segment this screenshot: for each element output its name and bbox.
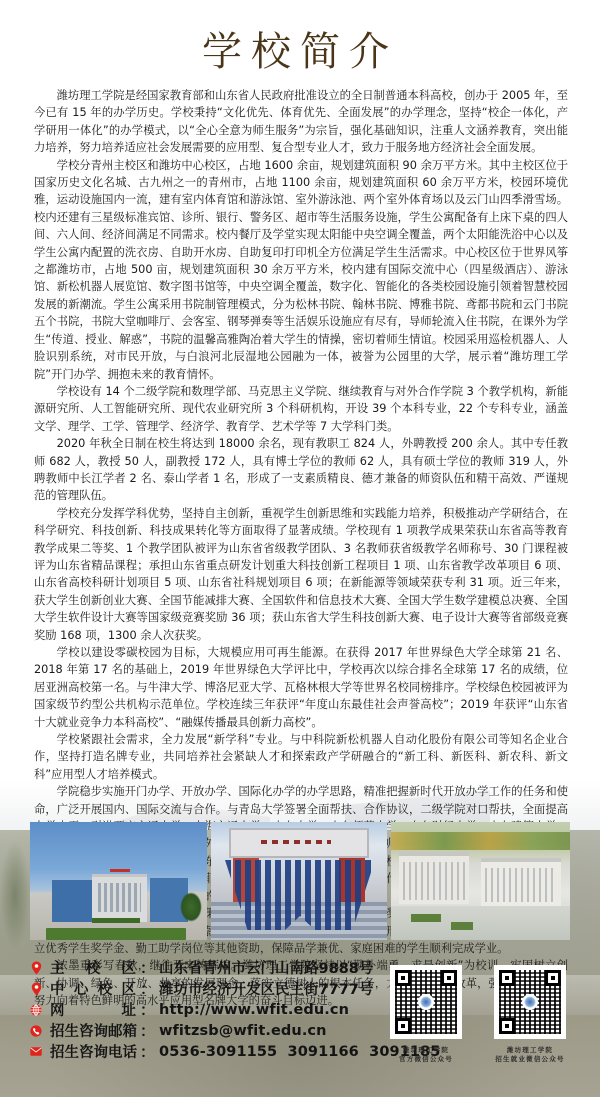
dorm-building-a bbox=[399, 852, 469, 904]
label-text: 招生咨询邮箱 bbox=[50, 1020, 137, 1041]
contact-label: 招生咨询邮箱 bbox=[50, 1020, 136, 1041]
qr-caption-line2: 官方微信公众号 bbox=[386, 1055, 466, 1064]
paragraph-overview: 潍坊理工学院是经国家教育部和山东省人民政府批准设立的全日制普通本科高校，创办于 … bbox=[34, 87, 568, 157]
paragraph-green-campus: 学校以建设零碳校园为目标，大规模应用可再生能源。在获得 2017 年世界绿色大学… bbox=[34, 644, 568, 731]
label-char: 心 bbox=[74, 978, 89, 999]
qr-finder bbox=[441, 970, 457, 986]
globe-icon bbox=[30, 1003, 42, 1017]
colon: ： bbox=[140, 999, 155, 1020]
photo-students-at-gate bbox=[211, 822, 387, 940]
contact-label: 招生咨询电话 bbox=[50, 1041, 136, 1062]
building-sign bbox=[110, 869, 130, 872]
qr-finder bbox=[545, 970, 561, 986]
label-char: 校 bbox=[86, 957, 101, 978]
background-tree bbox=[0, 840, 30, 950]
dorm-building-b bbox=[481, 858, 561, 906]
hedge bbox=[46, 928, 186, 940]
paragraph-staff: 2020 年秋全日制在校生将达到 18000 余名，现有教职工 824 人，外聘… bbox=[34, 435, 568, 505]
school-intro-page: 学校简介 潍坊理工学院是经国家教育部和山东省人民政府批准设立的全日制普通本科高校… bbox=[0, 0, 600, 1097]
plaza bbox=[391, 906, 570, 940]
label-char: 中 bbox=[50, 978, 65, 999]
gate-inscription bbox=[261, 840, 331, 844]
colon: ： bbox=[140, 978, 155, 999]
label-char: 区 bbox=[121, 978, 136, 999]
lawn-a bbox=[411, 914, 441, 922]
qr-admissions-wechat: 潍坊理工学院 招生就业微信公众号 bbox=[490, 965, 570, 1064]
location-pin-icon bbox=[30, 961, 42, 975]
paragraph-research: 学校充分发挥学科优势，坚持自主创新，重视学生创新思维和实践能力培养，积极推动产学… bbox=[34, 505, 568, 644]
colon: ： bbox=[140, 1020, 155, 1041]
label-char: 区 bbox=[122, 957, 137, 978]
photo-campus-aerial-view bbox=[391, 822, 570, 940]
qr-pattern bbox=[499, 970, 561, 1034]
paragraph-new-disciplines: 学校紧跟社会需求，全力发展“新学科”专业。与中科院新松机器人自动化股份有限公司等… bbox=[34, 731, 568, 783]
photo-campus-main-building bbox=[30, 822, 207, 940]
contact-label: 中 心 校 区 bbox=[50, 978, 136, 999]
school-logo-icon bbox=[418, 994, 434, 1010]
qr-caption-line1: 潍坊理工学院 bbox=[386, 1046, 466, 1055]
contact-row-phone: 招生咨询电话 ： 0536-3091155 3091166 3091185 bbox=[30, 1041, 380, 1062]
phone-icon bbox=[30, 1024, 42, 1038]
contact-row-main-campus: 主 校 区 ： 山东省青州市云门山南路9888号 bbox=[30, 957, 380, 978]
qr-code[interactable] bbox=[494, 965, 566, 1039]
lawn-b bbox=[451, 922, 473, 930]
school-logo-icon bbox=[522, 994, 538, 1010]
label-text: 招生咨询电话 bbox=[50, 1041, 137, 1062]
qr-caption-line1: 潍坊理工学院 bbox=[490, 1046, 570, 1055]
label-char: 校 bbox=[98, 978, 113, 999]
colon: ： bbox=[140, 957, 155, 978]
contact-label: 网 址 bbox=[50, 999, 136, 1020]
location-pin-icon bbox=[30, 982, 42, 996]
qr-finder bbox=[499, 970, 515, 986]
photo-strip bbox=[30, 822, 570, 940]
contact-label: 主 校 区 bbox=[50, 957, 136, 978]
hedge-small bbox=[92, 918, 140, 923]
qr-pattern bbox=[395, 970, 457, 1034]
center-campus-address: 潍坊市经济开发区民主街7777号 bbox=[159, 978, 373, 999]
label-char: 主 bbox=[50, 957, 65, 978]
colon: ： bbox=[140, 1041, 155, 1062]
contact-row-center-campus: 中 心 校 区 ： 潍坊市经济开发区民主街7777号 bbox=[30, 978, 380, 999]
contact-info: 主 校 区 ： 山东省青州市云门山南路9888号 中 心 校 区 ： 潍坊市经济… bbox=[30, 957, 380, 1062]
qr-finder bbox=[395, 970, 411, 986]
building-main bbox=[92, 874, 147, 922]
website-link[interactable]: http://www.wfit.edu.cn bbox=[159, 1002, 349, 1018]
main-campus-address: 山东省青州市云门山南路9888号 bbox=[159, 957, 373, 978]
admissions-email-link[interactable]: wfitzsb@wfit.edu.cn bbox=[159, 1023, 327, 1039]
trees-row bbox=[391, 832, 570, 850]
building-left bbox=[52, 880, 94, 922]
qr-finder bbox=[395, 1018, 411, 1034]
contact-row-email: 招生咨询邮箱 ： wfitzsb@wfit.edu.cn bbox=[30, 1020, 380, 1041]
paragraph-faculties: 学校设有 14 个二级学院和数理学部、马克思主义学院、继续教育与对外合作学院 3… bbox=[34, 383, 568, 435]
qr-caption: 潍坊理工学院 官方微信公众号 bbox=[386, 1046, 466, 1064]
qr-code[interactable] bbox=[390, 965, 462, 1039]
paragraph-campuses: 学校分青州主校区和潍坊中心校区，占地 1600 余亩，规划建筑面积 90 余万平… bbox=[34, 157, 568, 383]
qr-caption-line2: 招生就业微信公众号 bbox=[490, 1055, 570, 1064]
qr-official-wechat: 潍坊理工学院 官方微信公众号 bbox=[386, 965, 466, 1064]
qr-caption: 潍坊理工学院 招生就业微信公众号 bbox=[490, 1046, 570, 1064]
qr-finder bbox=[499, 1018, 515, 1034]
label-char: 址 bbox=[122, 999, 137, 1020]
label-char: 网 bbox=[50, 999, 65, 1020]
contact-row-website: 网 址 ： http://www.wfit.edu.cn bbox=[30, 999, 380, 1020]
page-title: 学校简介 bbox=[0, 28, 600, 76]
envelope-icon bbox=[30, 1045, 42, 1059]
tree bbox=[180, 892, 202, 922]
